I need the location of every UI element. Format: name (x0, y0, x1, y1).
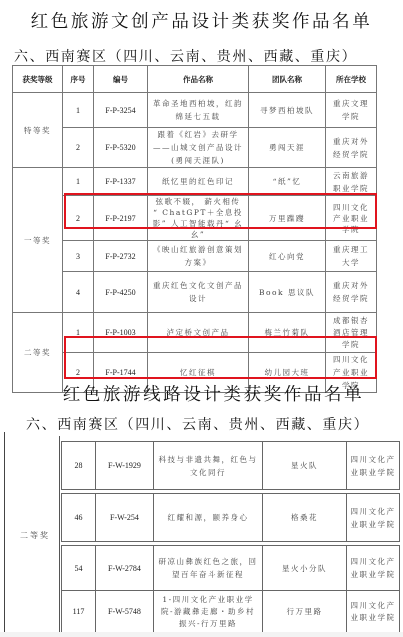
row-team: 星火队 (263, 442, 347, 490)
row-team: 万里蹀躞 (249, 196, 326, 241)
row-no: 1 (63, 313, 94, 353)
row-code: F-P-4250 (94, 272, 148, 313)
row-no: 2 (63, 128, 94, 168)
table-row: 46 F-W-254 红耀和源，颐养身心 格桑花 四川文化产业职业学院 (62, 494, 400, 542)
table-outer-border (4, 432, 5, 637)
row-no: 3 (63, 241, 94, 272)
row-school: 重庆文理学院 (326, 93, 377, 128)
row-code: F-W-1929 (96, 442, 154, 490)
row-work: 科技与非遗共舞，红色与文化同行 (154, 442, 263, 490)
row-code: F-P-1003 (94, 313, 148, 353)
page-bottom-band (0, 632, 403, 637)
table-row: 28 F-W-1929 科技与非遗共舞，红色与文化同行 星火队 四川文化产业职业… (62, 442, 400, 490)
row-work: 革命圣地西柏坡，红韵绵延七五载 (148, 93, 249, 128)
table-row: 2 F-P-5320 跟着《红岩》去研学——山城文创产品设计(勇闯天涯队) 勇闯… (13, 128, 377, 168)
row-no: 54 (62, 546, 96, 591)
row-code: F-P-1337 (94, 168, 148, 196)
row-code: F-P-2197 (94, 196, 148, 241)
row-team: 红心向党 (249, 241, 326, 272)
row-team: 星火小分队 (263, 546, 347, 591)
row-school: 四川文化产业职业学院 (326, 196, 377, 241)
row-school: 重庆理工大学 (326, 241, 377, 272)
header-level: 获奖等级 (13, 66, 63, 93)
row-work: 《映山红旅游创意策划方案》 (148, 241, 249, 272)
award-table-products: 获奖等级 序号 编号 作品名称 团队名称 所在学校 特等奖 1 F-P-3254… (12, 65, 377, 393)
row-team: Book 思议队 (249, 272, 326, 313)
row-team: 行万里路 (263, 591, 347, 633)
row-work: 重庆红色文化文创产品设计 (148, 272, 249, 313)
row-team: 梅兰竹菊队 (249, 313, 326, 353)
row-code: F-P-2732 (94, 241, 148, 272)
award-level-cell: 特等奖 (13, 93, 63, 168)
row-no: 117 (62, 591, 96, 633)
row-no: 28 (62, 442, 96, 490)
table-row: 117 F-W-5748 1-四川文化产业职业学院-游藏彝走廊・助乡村振兴-行万… (62, 591, 400, 633)
table-row: 4 F-P-4250 重庆红色文化文创产品设计 Book 思议队 重庆对外经贸学… (13, 272, 377, 313)
header-team: 团队名称 (249, 66, 326, 93)
table-row: 特等奖 1 F-P-3254 革命圣地西柏坡，红韵绵延七五载 寻梦西柏坡队 重庆… (13, 93, 377, 128)
header-code: 编号 (94, 66, 148, 93)
table-row-highlighted: 2 F-P-2197 弦歌不辍， 薪火相传 “ ChatGPT＋全息投影” 人工… (13, 196, 377, 241)
row-team: 寻梦西柏坡队 (249, 93, 326, 128)
row-code: F-W-5748 (96, 591, 154, 633)
row-team: “纸”忆 (249, 168, 326, 196)
row-work: 弦歌不辍， 薪火相传 “ ChatGPT＋全息投影” 人工智能载丹“ 幺幺” (148, 196, 249, 241)
award-table-routes: 28 F-W-1929 科技与非遗共舞，红色与文化同行 星火队 四川文化产业职业… (61, 441, 400, 633)
header-school: 所在学校 (326, 66, 377, 93)
table-row: 二等奖 1 F-P-1003 泸定桥文创产品 梅兰竹菊队 成都银杏酒店管理学院 (13, 313, 377, 353)
header-no: 序号 (63, 66, 94, 93)
row-work: 跟着《红岩》去研学——山城文创产品设计(勇闯天涯队) (148, 128, 249, 168)
table-row: 一等奖 1 F-P-1337 纸忆里的红色印记 “纸”忆 云南旅游职业学院 (13, 168, 377, 196)
row-code: F-P-3254 (94, 93, 148, 128)
row-school: 四川文化产业职业学院 (347, 442, 400, 490)
award-level-cell: 一等奖 (13, 168, 63, 313)
row-school: 重庆对外经贸学院 (326, 272, 377, 313)
row-team: 勇闯天涯 (249, 128, 326, 168)
row-school: 四川文化产业职业学院 (347, 494, 400, 542)
row-school: 重庆对外经贸学院 (326, 128, 377, 168)
section1-title: 红色旅游文创产品设计类获奖作品名单 (0, 8, 403, 33)
row-team: 格桑花 (263, 494, 347, 542)
row-no: 2 (63, 196, 94, 241)
section2-subtitle: 六、西南赛区（四川、云南、贵州、西藏、重庆） (26, 414, 369, 434)
row-work: 研凉山彝族红色之旅，回望百年奋斗新征程 (154, 546, 263, 591)
row-work: 红耀和源，颐养身心 (154, 494, 263, 542)
table-double-border (59, 436, 60, 637)
section2-title: 红色旅游线路设计类获奖作品名单 (12, 381, 403, 406)
table-row: 54 F-W-2784 研凉山彝族红色之旅，回望百年奋斗新征程 星火小分队 四川… (62, 546, 400, 591)
row-no: 46 (62, 494, 96, 542)
row-no: 4 (63, 272, 94, 313)
row-work: 1-四川文化产业职业学院-游藏彝走廊・助乡村振兴-行万里路 (154, 591, 263, 633)
table-row: 3 F-P-2732 《映山红旅游创意策划方案》 红心向党 重庆理工大学 (13, 241, 377, 272)
row-school: 四川文化产业职业学院 (347, 546, 400, 591)
row-school: 成都银杏酒店管理学院 (326, 313, 377, 353)
section1-subtitle: 六、西南赛区（四川、云南、贵州、西藏、重庆） (14, 46, 357, 66)
row-school: 四川文化产业职业学院 (347, 591, 400, 633)
row-code: F-W-254 (96, 494, 154, 542)
award-level-cell: 二等奖 (20, 530, 50, 541)
row-school: 云南旅游职业学院 (326, 168, 377, 196)
row-code: F-W-2784 (96, 546, 154, 591)
row-no: 1 (63, 93, 94, 128)
header-work: 作品名称 (148, 66, 249, 93)
row-work: 泸定桥文创产品 (148, 313, 249, 353)
row-no: 1 (63, 168, 94, 196)
table-header-row: 获奖等级 序号 编号 作品名称 团队名称 所在学校 (13, 66, 377, 93)
row-work: 纸忆里的红色印记 (148, 168, 249, 196)
row-code: F-P-5320 (94, 128, 148, 168)
